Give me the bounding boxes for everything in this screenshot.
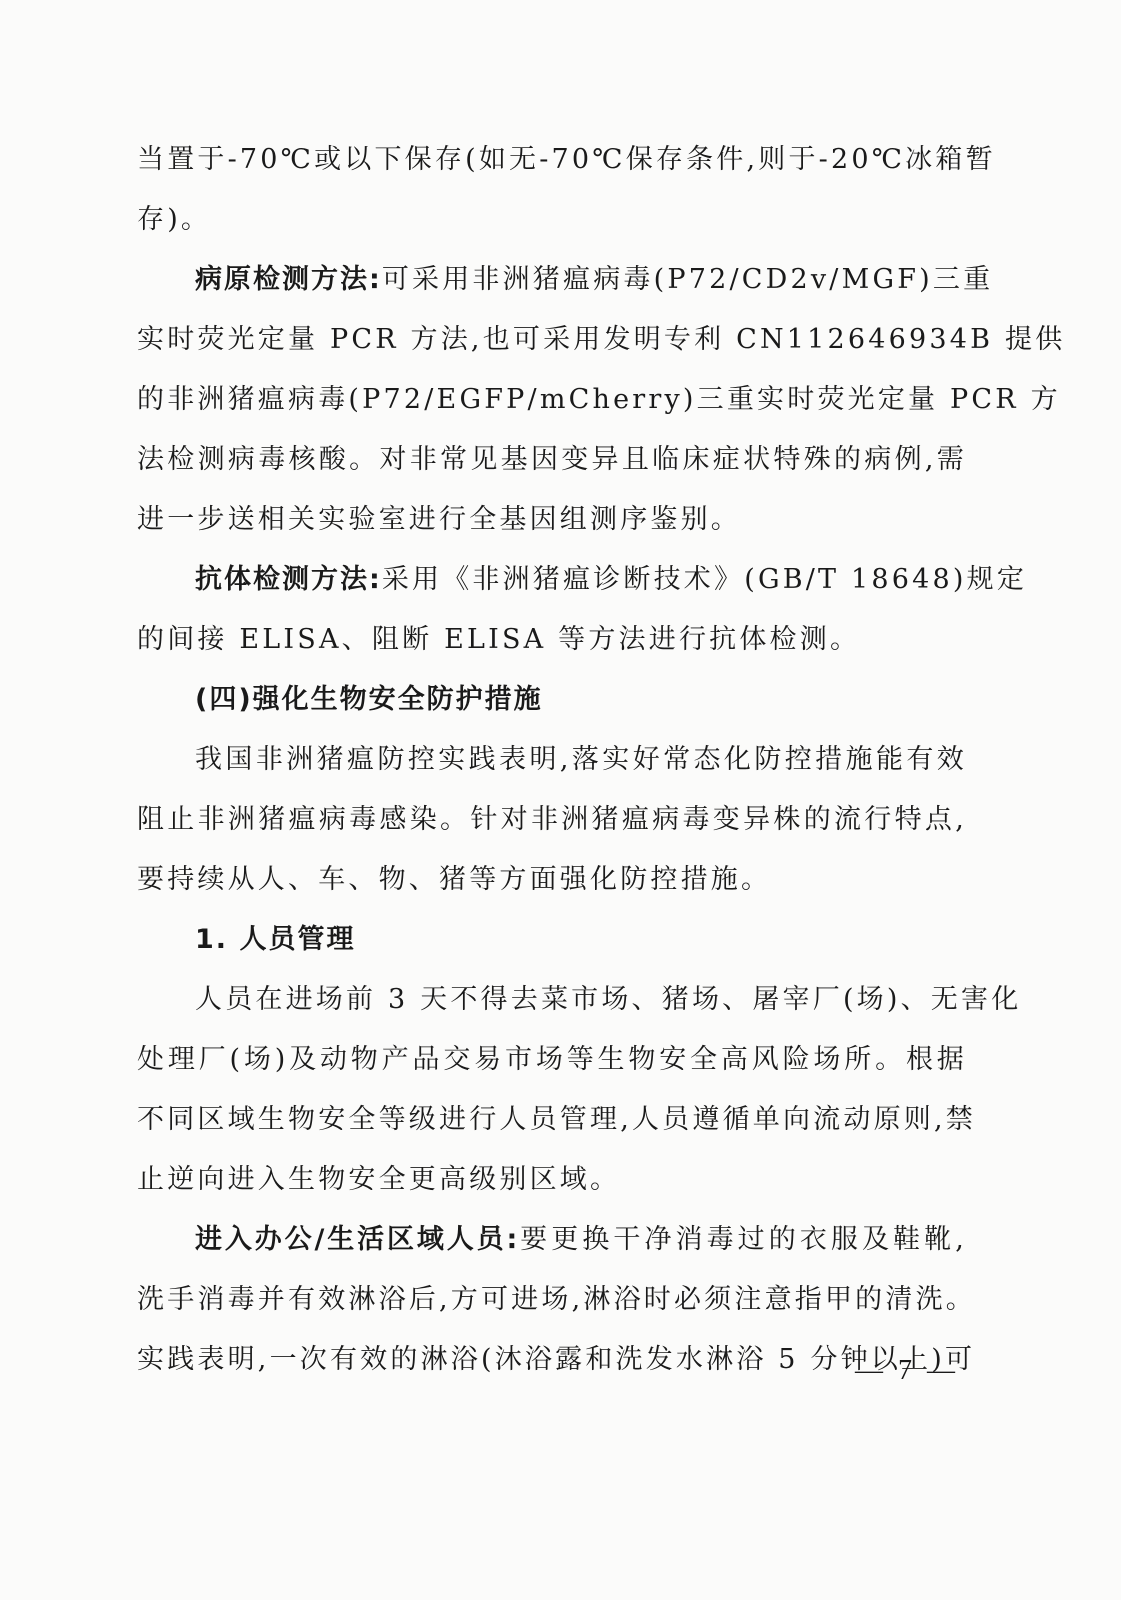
section-heading: (四)强化生物安全防护措施	[137, 670, 967, 730]
text-line: 法检测病毒核酸。对非常见基因变异且临床症状特殊的病例,需	[137, 430, 967, 490]
subsection-heading: 1. 人员管理	[137, 910, 967, 970]
text-line: 实时荧光定量 PCR 方法,也可采用发明专利 CN112646934B 提供	[137, 310, 967, 370]
bold-lead-office-personnel: 进入办公/生活区域人员:	[195, 1224, 519, 1255]
text-line: 要持续从人、车、物、猪等方面强化防控措施。	[137, 850, 967, 910]
bold-lead-antibody-detection: 抗体检测方法:	[195, 564, 382, 595]
document-page: 当置于-70℃或以下保存(如无-70℃保存条件,则于-20℃冰箱暂 存)。 病原…	[137, 130, 967, 1390]
text-line: 实践表明,一次有效的淋浴(沐浴露和洗发水淋浴 5 分钟以上)可	[137, 1330, 967, 1390]
text-line: 处理厂(场)及动物产品交易市场等生物安全高风险场所。根据	[137, 1030, 967, 1090]
text-line: 止逆向进入生物安全更高级别区域。	[137, 1150, 967, 1210]
text-line: 不同区域生物安全等级进行人员管理,人员遵循单向流动原则,禁	[137, 1090, 967, 1150]
text-line: 存)。	[137, 190, 967, 250]
text-line: 的间接 ELISA、阻断 ELISA 等方法进行抗体检测。	[137, 610, 967, 670]
text-line: 抗体检测方法:采用《非洲猪瘟诊断技术》(GB/T 18648)规定	[137, 550, 967, 610]
text-line: 阻止非洲猪瘟病毒感染。针对非洲猪瘟病毒变异株的流行特点,	[137, 790, 967, 850]
bold-lead-pathogen-detection: 病原检测方法:	[195, 264, 382, 295]
text-line: 的非洲猪瘟病毒(P72/EGFP/mCherry)三重实时荧光定量 PCR 方	[137, 370, 967, 430]
text-line: 洗手消毒并有效淋浴后,方可进场,淋浴时必须注意指甲的清洗。	[137, 1270, 967, 1330]
text-line: 进入办公/生活区域人员:要更换干净消毒过的衣服及鞋靴,	[137, 1210, 967, 1270]
text-line: 当置于-70℃或以下保存(如无-70℃保存条件,则于-20℃冰箱暂	[137, 130, 967, 190]
text-line: 我国非洲猪瘟防控实践表明,落实好常态化防控措施能有效	[137, 730, 967, 790]
text-line: 进一步送相关实验室进行全基因组测序鉴别。	[137, 490, 967, 550]
page-number: — 7 —	[855, 1355, 959, 1387]
text-line: 人员在进场前 3 天不得去菜市场、猪场、屠宰厂(场)、无害化	[137, 970, 967, 1030]
text-line: 病原检测方法:可采用非洲猪瘟病毒(P72/CD2v/MGF)三重	[137, 250, 967, 310]
